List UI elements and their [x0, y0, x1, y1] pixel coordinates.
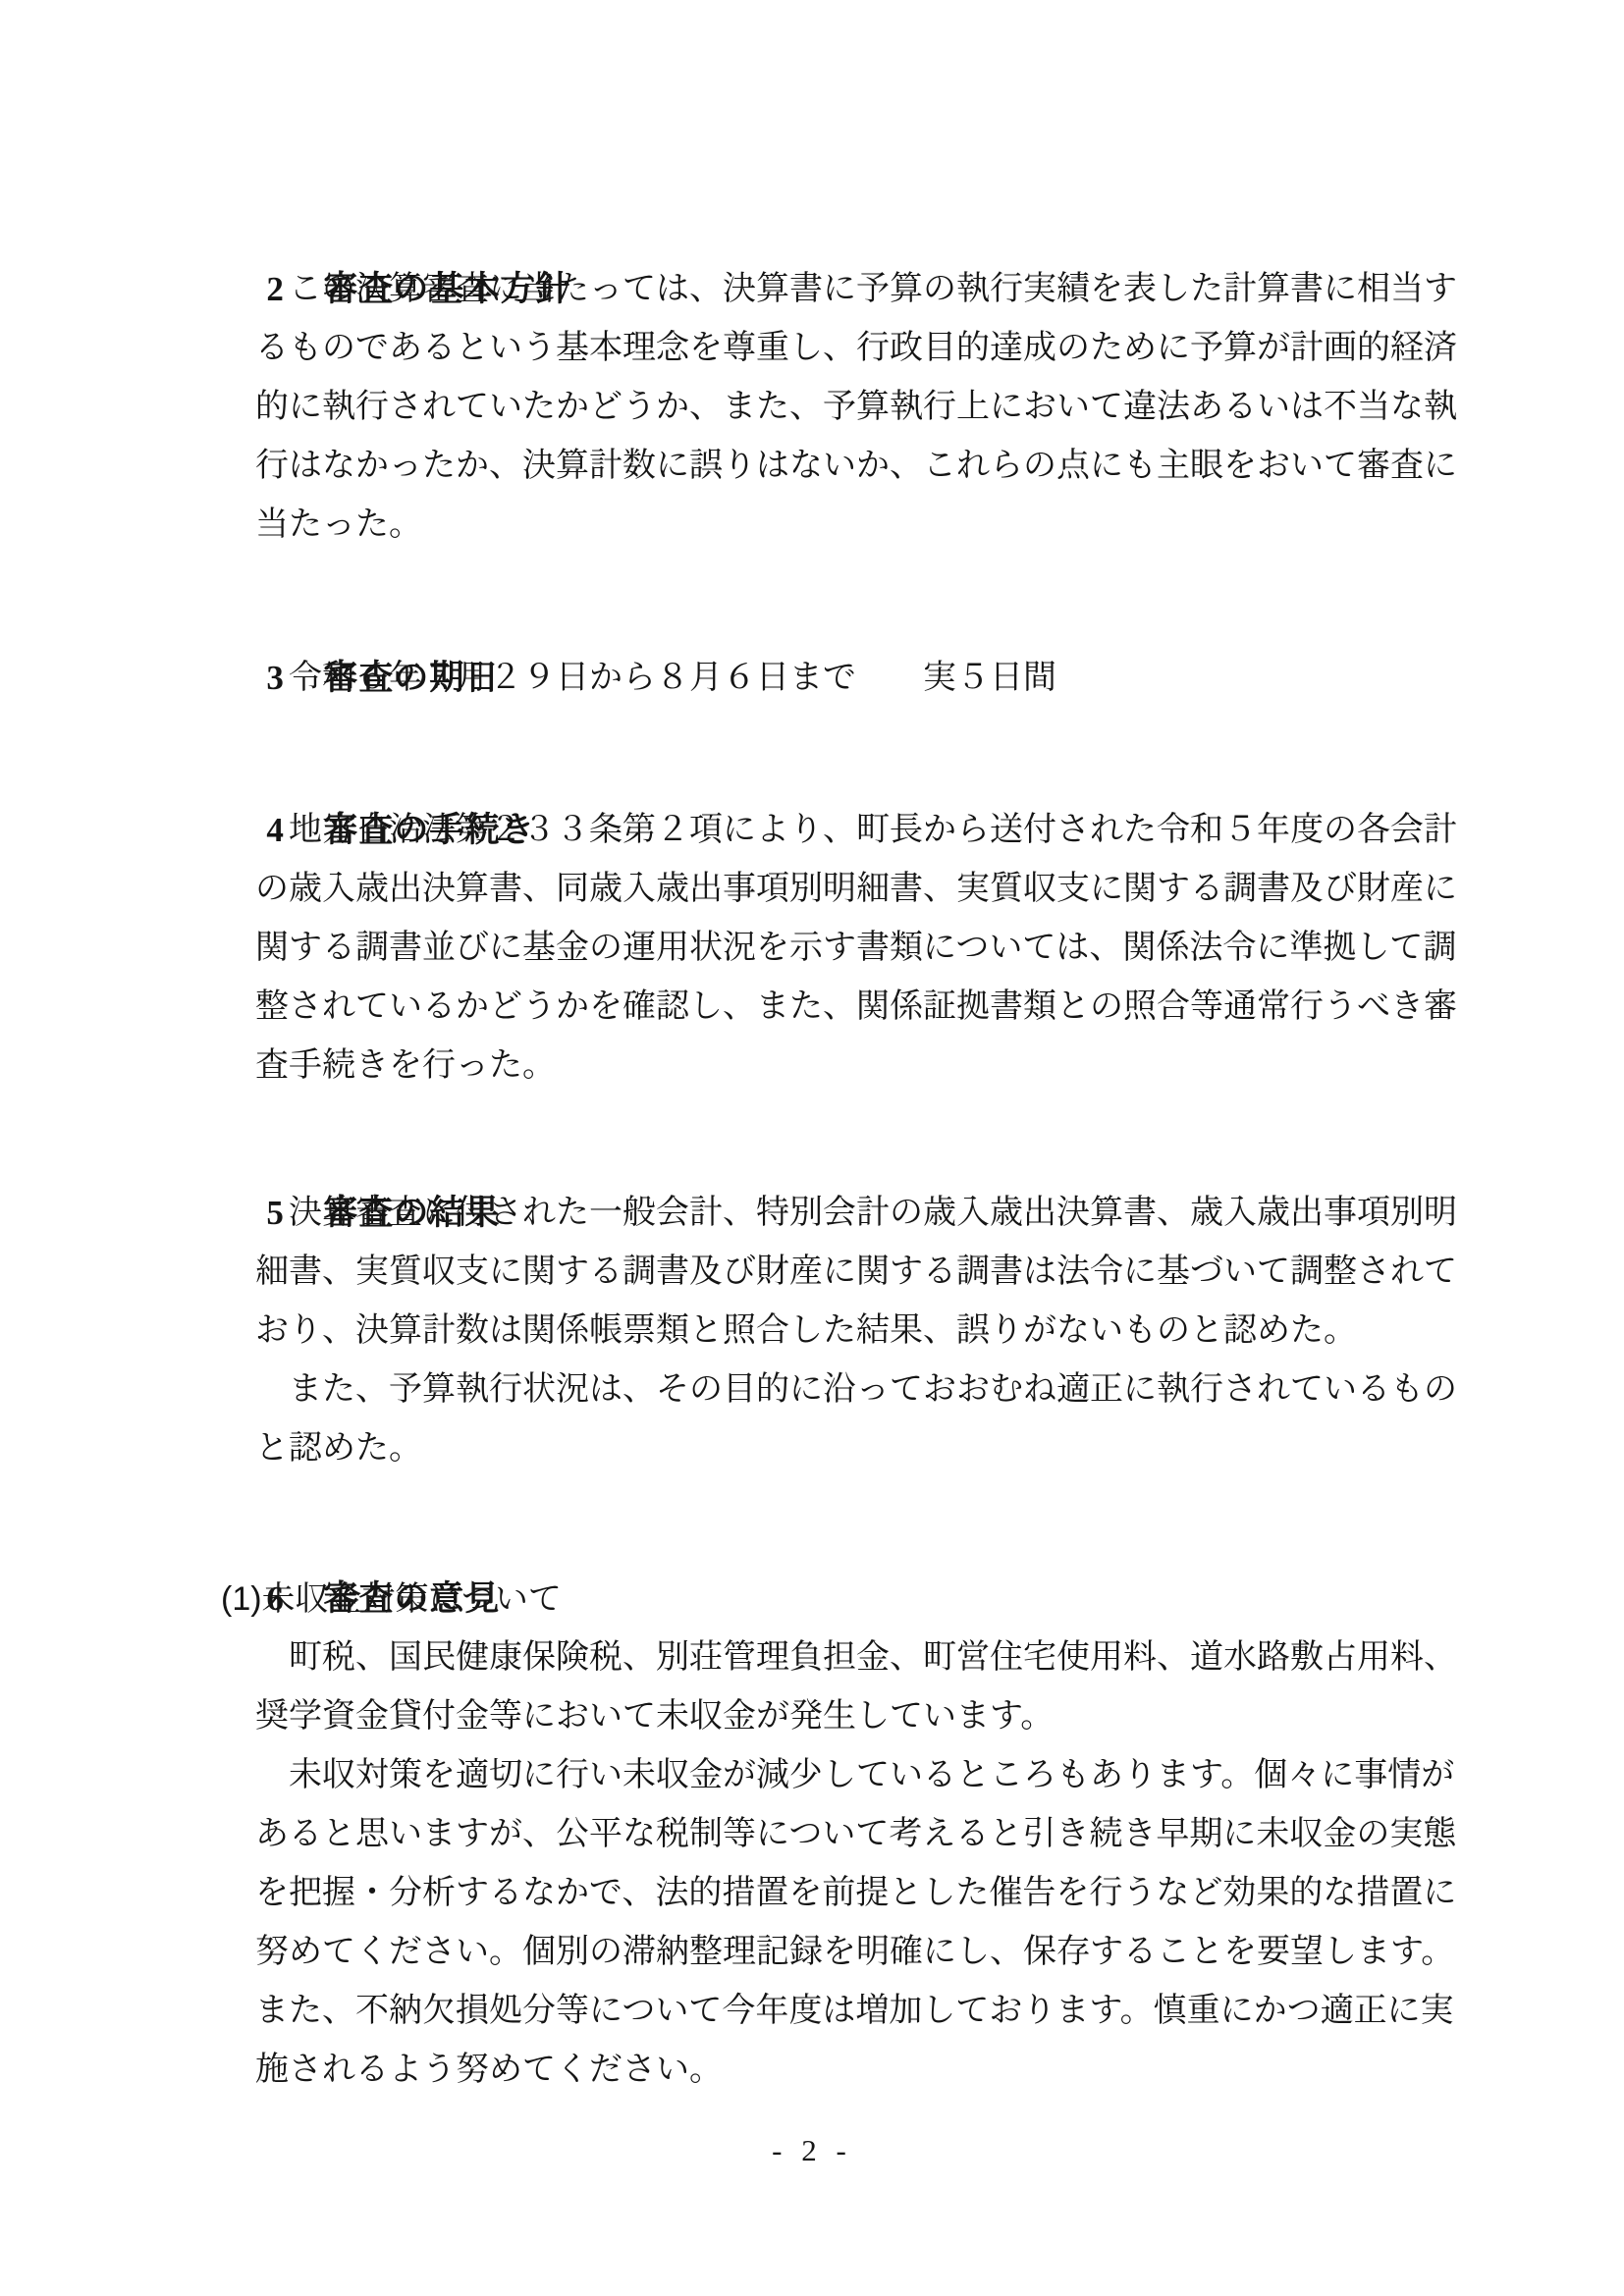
- text-line: 地方自治法第２３３条第２項により、町長から送付された令和５年度の各会計: [255, 801, 1624, 860]
- section-4-heading: 4審査の手続き: [203, 742, 1624, 801]
- text-line: 的に執行されていたかどうか、また、予算執行上において違法あるいは不当な執: [255, 378, 1624, 437]
- page-number: - 2 -: [0, 2131, 1624, 2170]
- text-line: あると思いますが、公平な税制等について考えると引き続き早期に未収金の実態: [255, 1805, 1624, 1864]
- section-6-subheading: (1)未収金対策について: [221, 1570, 1624, 1629]
- section-5-body: 決算審査に付された一般会計、特別会計の歳入歳出決算書、歳入歳出事項別明 細書、実…: [255, 1184, 1624, 1478]
- section-6-heading: 6審査の意見: [203, 1511, 1624, 1570]
- section-6-body: 町税、国民健康保険税、別荘管理負担金、町営住宅使用料、道水路敷占用料、 奨学資金…: [255, 1629, 1624, 2100]
- text-line: の歳入歳出決算書、同歳入歳出事項別明細書、実質収支に関する調書及び財産に: [255, 860, 1624, 919]
- section-2-heading: 2審査の基本方針: [203, 201, 1624, 260]
- text-line: 町税、国民健康保険税、別荘管理負担金、町営住宅使用料、道水路敷占用料、: [255, 1629, 1624, 1687]
- text-line: 査手続きを行った。: [255, 1037, 1624, 1095]
- text-line: るものであるという基本理念を尊重し、行政目的達成のために予算が計画的経済: [255, 319, 1624, 378]
- text-line: を把握・分析するなかで、法的措置を前提とした催告を行うなど効果的な措置に: [255, 1864, 1624, 1923]
- text-line: 当たった。: [255, 496, 1624, 555]
- text-line: 行はなかったか、決算計数に誤りはないか、これらの点にも主眼をおいて審査に: [255, 437, 1624, 496]
- text-line: と認めた。: [255, 1419, 1624, 1478]
- text-line: 施されるよう努めてください。: [255, 2041, 1624, 2100]
- text-line: 整されているかどうかを確認し、また、関係証拠書類との照合等通常行うべき審: [255, 978, 1624, 1037]
- text-line: 未収対策を適切に行い未収金が減少しているところもあります。個々に事情が: [255, 1746, 1624, 1805]
- section-6: 6審査の意見 (1)未収金対策について 町税、国民健康保険税、別荘管理負担金、町…: [0, 1511, 1624, 2100]
- text-line: 決算審査に付された一般会計、特別会計の歳入歳出決算書、歳入歳出事項別明: [255, 1184, 1624, 1243]
- text-line: 細書、実質収支に関する調書及び財産に関する調書は法令に基づいて調整されて: [255, 1243, 1624, 1302]
- text-line: 関する調書並びに基金の運用状況を示す書類については、関係法令に準拠して調: [255, 919, 1624, 978]
- section-4-body: 地方自治法第２３３条第２項により、町長から送付された令和５年度の各会計 の歳入歳…: [255, 801, 1624, 1095]
- text-line: この決算審査に当たっては、決算書に予算の執行実績を表した計算書に相当す: [255, 260, 1624, 319]
- section-3-body: 令和６年７月２９日から８月６日まで 実５日間: [255, 649, 1624, 708]
- section-3-heading: 3審査の期日: [203, 590, 1624, 649]
- section-4: 4審査の手続き 地方自治法第２３３条第２項により、町長から送付された令和５年度の…: [0, 742, 1624, 1095]
- section-2: 2審査の基本方針 この決算審査に当たっては、決算書に予算の執行実績を表した計算書…: [0, 201, 1624, 555]
- section-5: 5審査の結果 決算審査に付された一般会計、特別会計の歳入歳出決算書、歳入歳出事項…: [0, 1125, 1624, 1478]
- text-line: また、予算執行状況は、その目的に沿っておおむね適正に執行されているもの: [255, 1361, 1624, 1419]
- text-line: 努めてください。個別の滞納整理記録を明確にし、保存することを要望します。: [255, 1923, 1624, 1982]
- text-line: おり、決算計数は関係帳票類と照合した結果、誤りがないものと認めた。: [255, 1302, 1624, 1361]
- text-line: 令和６年７月２９日から８月６日まで 実５日間: [255, 649, 1624, 708]
- text-line: また、不納欠損処分等について今年度は増加しております。慎重にかつ適正に実: [255, 1982, 1624, 2041]
- document-page: 2審査の基本方針 この決算審査に当たっては、決算書に予算の執行実績を表した計算書…: [0, 0, 1624, 2296]
- text-line: 奨学資金貸付金等において未収金が発生しています。: [255, 1687, 1624, 1746]
- section-5-heading: 5審査の結果: [203, 1125, 1624, 1184]
- section-2-body: この決算審査に当たっては、決算書に予算の執行実績を表した計算書に相当す るもので…: [255, 260, 1624, 555]
- section-3: 3審査の期日 令和６年７月２９日から８月６日まで 実５日間: [0, 590, 1624, 708]
